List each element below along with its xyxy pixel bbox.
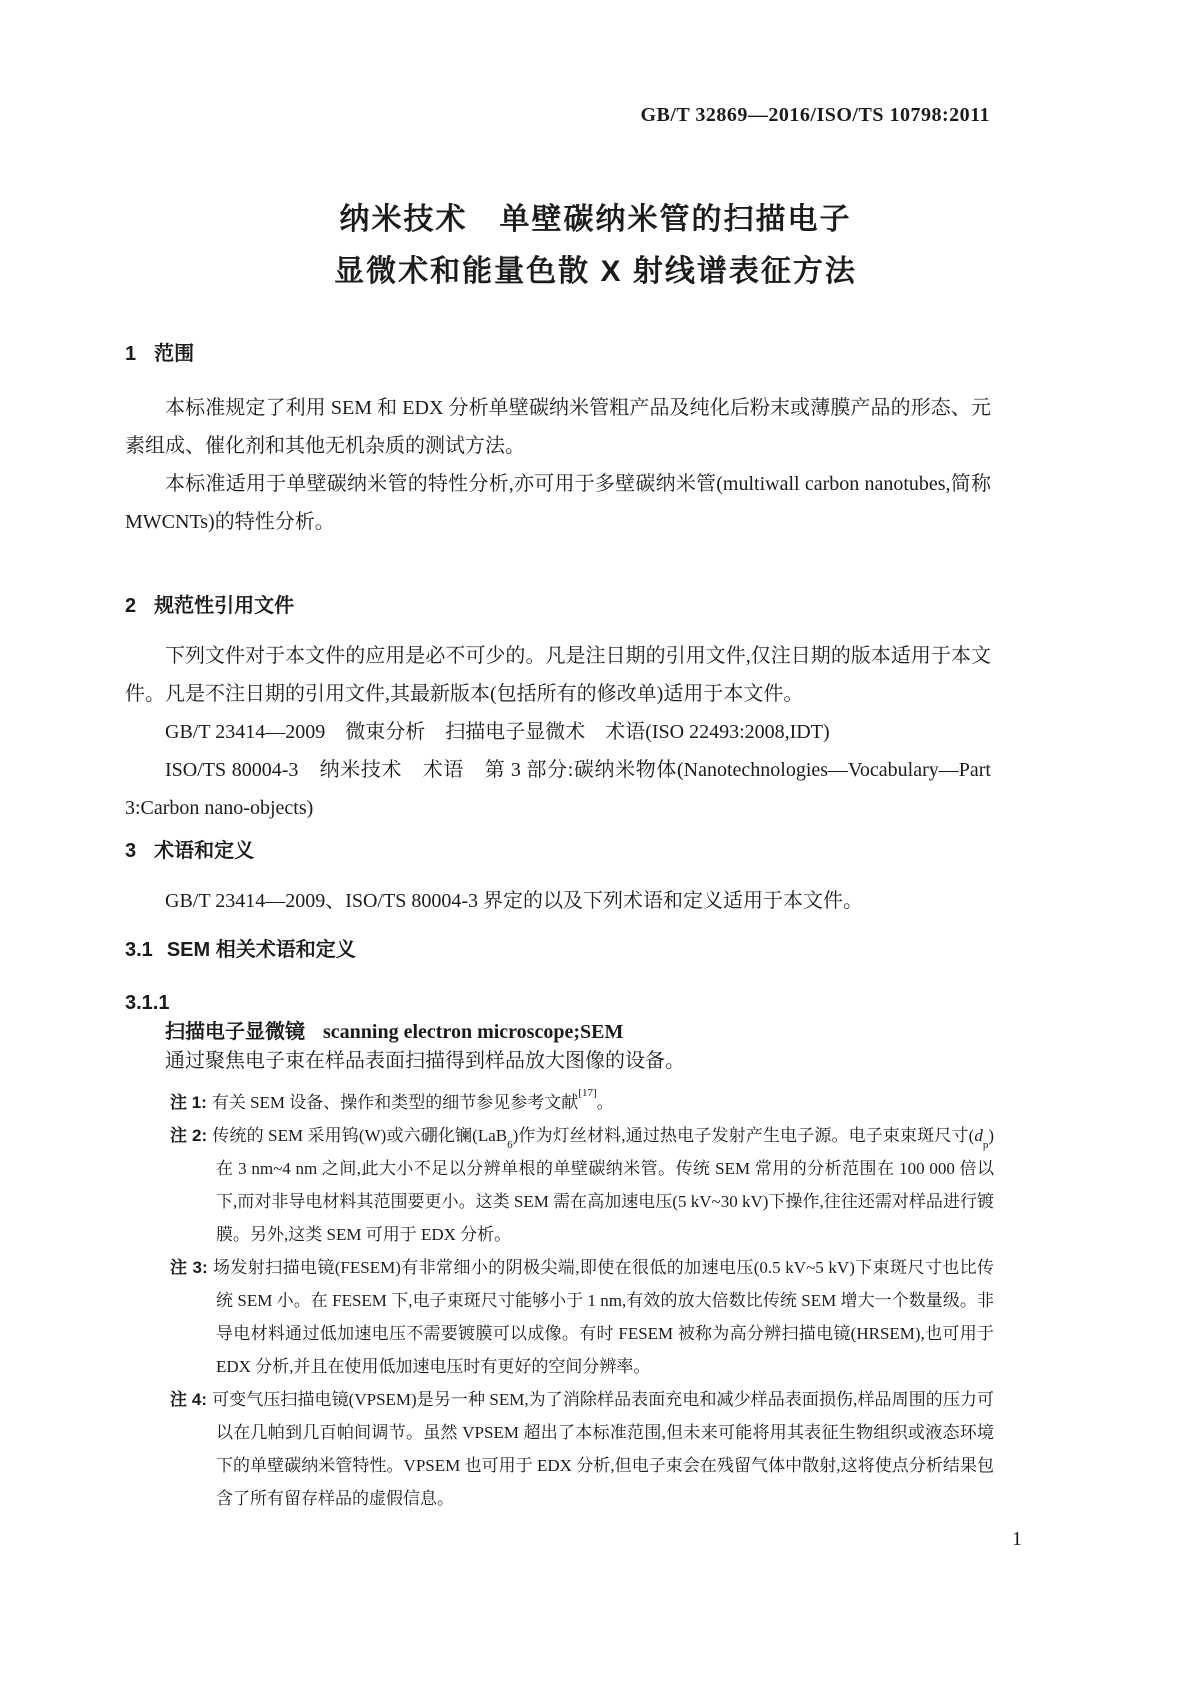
- notes-block: 注 1:有关 SEM 设备、操作和类型的细节参见参考文献[17]。 注 2:传统…: [170, 1086, 994, 1515]
- document-title-line2: 显微术和能量色散 X 射线谱表征方法: [0, 246, 1191, 298]
- reference-item-1: GB/T 23414—2009 微束分析 扫描电子显微术 术语(ISO 2249…: [125, 713, 1031, 751]
- normative-references-paragraph: 下列文件对于本文件的应用是必不可少的。凡是注日期的引用文件,仅注日期的版本适用于…: [125, 637, 991, 713]
- note-2-dp-subscript: p: [983, 1139, 989, 1151]
- document-title-line1: 纳米技术 单壁碳纳米管的扫描电子: [0, 194, 1191, 246]
- note-1: 注 1:有关 SEM 设备、操作和类型的细节参见参考文献[17]。: [170, 1086, 994, 1119]
- section-2-heading-text: 规范性引用文件: [154, 595, 294, 617]
- document-title: 纳米技术 单壁碳纳米管的扫描电子 显微术和能量色散 X 射线谱表征方法: [0, 194, 1191, 298]
- section-3-heading: 3术语和定义: [125, 839, 991, 863]
- section-3-heading-text: 术语和定义: [154, 840, 254, 862]
- term-english: scanning electron microscope;SEM: [323, 1021, 623, 1043]
- term-chinese: 扫描电子显微镜: [165, 1021, 305, 1043]
- section-1-heading: 1范围: [125, 342, 991, 366]
- note-2-variable-d: d: [974, 1126, 983, 1145]
- note-3: 注 3:场发射扫描电镜(FESEM)有非常细小的阴极尖端,即使在很低的加速电压(…: [170, 1251, 994, 1383]
- note-4: 注 4:可变气压扫描电镜(VPSEM)是另一种 SEM,为了消除样品表面充电和减…: [170, 1383, 994, 1515]
- note-2-lab6-subscript: 6: [507, 1139, 513, 1151]
- term-definition: 通过聚焦电子束在样品表面扫描得到样品放大图像的设备。: [125, 1044, 1031, 1078]
- term-entry: 扫描电子显微镜scanning electron microscope;SEM: [125, 1019, 1031, 1045]
- note-3-text: 场发射扫描电镜(FESEM)有非常细小的阴极尖端,即使在很低的加速电压(0.5 …: [213, 1258, 994, 1376]
- section-1-heading-text: 范围: [154, 343, 194, 365]
- section-3-1-1-number: 3.1.1: [125, 991, 991, 1015]
- note-4-text: 可变气压扫描电镜(VPSEM)是另一种 SEM,为了消除样品表面充电和减少样品表…: [212, 1390, 994, 1508]
- note-1-text-end: 。: [597, 1093, 614, 1112]
- note-3-label: 注 3:: [170, 1258, 208, 1277]
- note-2-text-1: 传统的 SEM 采用钨(W)或六硼化镧(LaB: [212, 1126, 507, 1145]
- section-3-1-heading: 3.1SEM 相关术语和定义: [125, 938, 991, 962]
- section-2-number: 2: [125, 594, 136, 618]
- reference-item-2: ISO/TS 80004-3 纳米技术 术语 第 3 部分:碳纳米物体(Nano…: [125, 751, 991, 827]
- scope-paragraph-2: 本标准适用于单壁碳纳米管的特性分析,亦可用于多壁碳纳米管(multiwall c…: [125, 465, 991, 541]
- note-1-label: 注 1:: [170, 1093, 207, 1112]
- scope-paragraph-1: 本标准规定了利用 SEM 和 EDX 分析单壁碳纳米管粗产品及纯化后粉末或薄膜产…: [125, 389, 991, 465]
- terms-intro-paragraph: GB/T 23414—2009、ISO/TS 80004-3 界定的以及下列术语…: [125, 882, 991, 920]
- note-2-text-2: )作为灯丝材料,通过热电子发射产生电子源。电子束束斑尺寸(: [513, 1126, 975, 1145]
- note-2: 注 2:传统的 SEM 采用钨(W)或六硼化镧(LaB6)作为灯丝材料,通过热电…: [170, 1119, 994, 1251]
- document-page: GB/T 32869—2016/ISO/TS 10798:2011 纳米技术 单…: [0, 0, 1191, 1684]
- section-3-number: 3: [125, 839, 136, 863]
- note-1-text: 有关 SEM 设备、操作和类型的细节参见参考文献: [212, 1093, 578, 1112]
- section-1-number: 1: [125, 342, 136, 366]
- section-2-heading: 2规范性引用文件: [125, 594, 991, 618]
- section-3-1-number: 3.1: [125, 938, 153, 962]
- standard-number: GB/T 32869—2016/ISO/TS 10798:2011: [640, 104, 990, 127]
- page-number: 1: [1012, 1528, 1022, 1551]
- note-1-reference-superscript: [17]: [578, 1087, 596, 1099]
- note-4-label: 注 4:: [170, 1390, 207, 1409]
- section-3-1-heading-text: SEM 相关术语和定义: [167, 939, 356, 961]
- note-2-label: 注 2:: [170, 1126, 207, 1145]
